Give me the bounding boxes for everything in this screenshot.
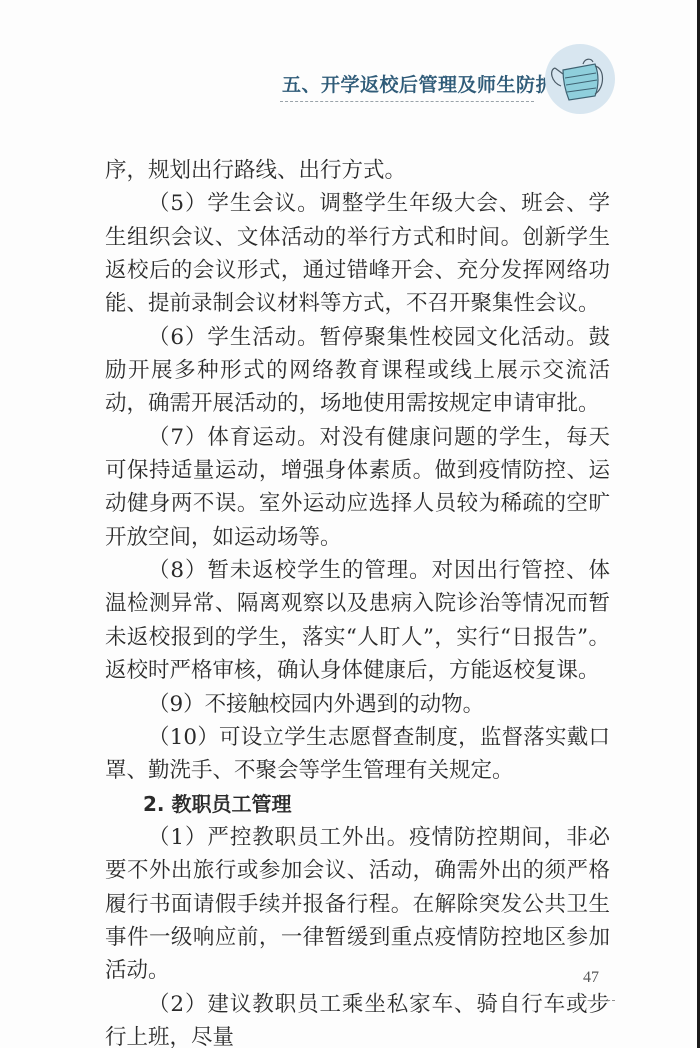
paragraph-continuation: 序，规划出行路线、出行方式。 [105, 154, 610, 187]
paragraph-staff-item-2: （2）建议教职员工乘坐私家车、骑自行车或步行上班，尽量 [105, 988, 610, 1048]
face-mask-icon [545, 44, 615, 114]
paragraph-item-10-volunteer-supervision: （10）可设立学生志愿督查制度，监督落实戴口罩、勤洗手、不聚会等学生管理有关规定… [105, 721, 610, 788]
document-page: 五、开学返校后管理及师生防护指引 序，规划出行路线、出行方式。 （5）学生会议。… [0, 0, 697, 1048]
paragraph-item-8-absent-students: （8）暂未返校学生的管理。对因出行管控、体温检测异常、隔离观察以及患病入院诊治等… [105, 554, 610, 687]
body-text: 序，规划出行路线、出行方式。 （5）学生会议。调整学生年级大会、班会、学生组织会… [105, 154, 610, 1048]
footer-dashed-rule [573, 1000, 615, 1001]
paragraph-staff-item-1: （1）严控教职员工外出。疫情防控期间，非必要不外出旅行或参加会议、活动，确需外出… [105, 821, 610, 988]
paragraph-item-5-student-meetings: （5）学生会议。调整学生年级大会、班会、学生组织会议、文体活动的举行方式和时间。… [105, 187, 610, 320]
paragraph-item-6-student-activities: （6）学生活动。暂停聚集性校园文化活动。鼓励开展多种形式的网络教育课程或线上展示… [105, 321, 610, 421]
section-subheading-staff-management: 2. 教职员工管理 [105, 788, 610, 821]
header-dashed-rule [280, 101, 534, 102]
paragraph-item-7-sports: （7）体育运动。对没有健康问题的学生，每天可保持适量运动，增强身体素质。做到疫情… [105, 421, 610, 554]
page-number: 47 [583, 969, 599, 987]
paragraph-item-9-animals: （9）不接触校园内外遇到的动物。 [105, 688, 610, 721]
